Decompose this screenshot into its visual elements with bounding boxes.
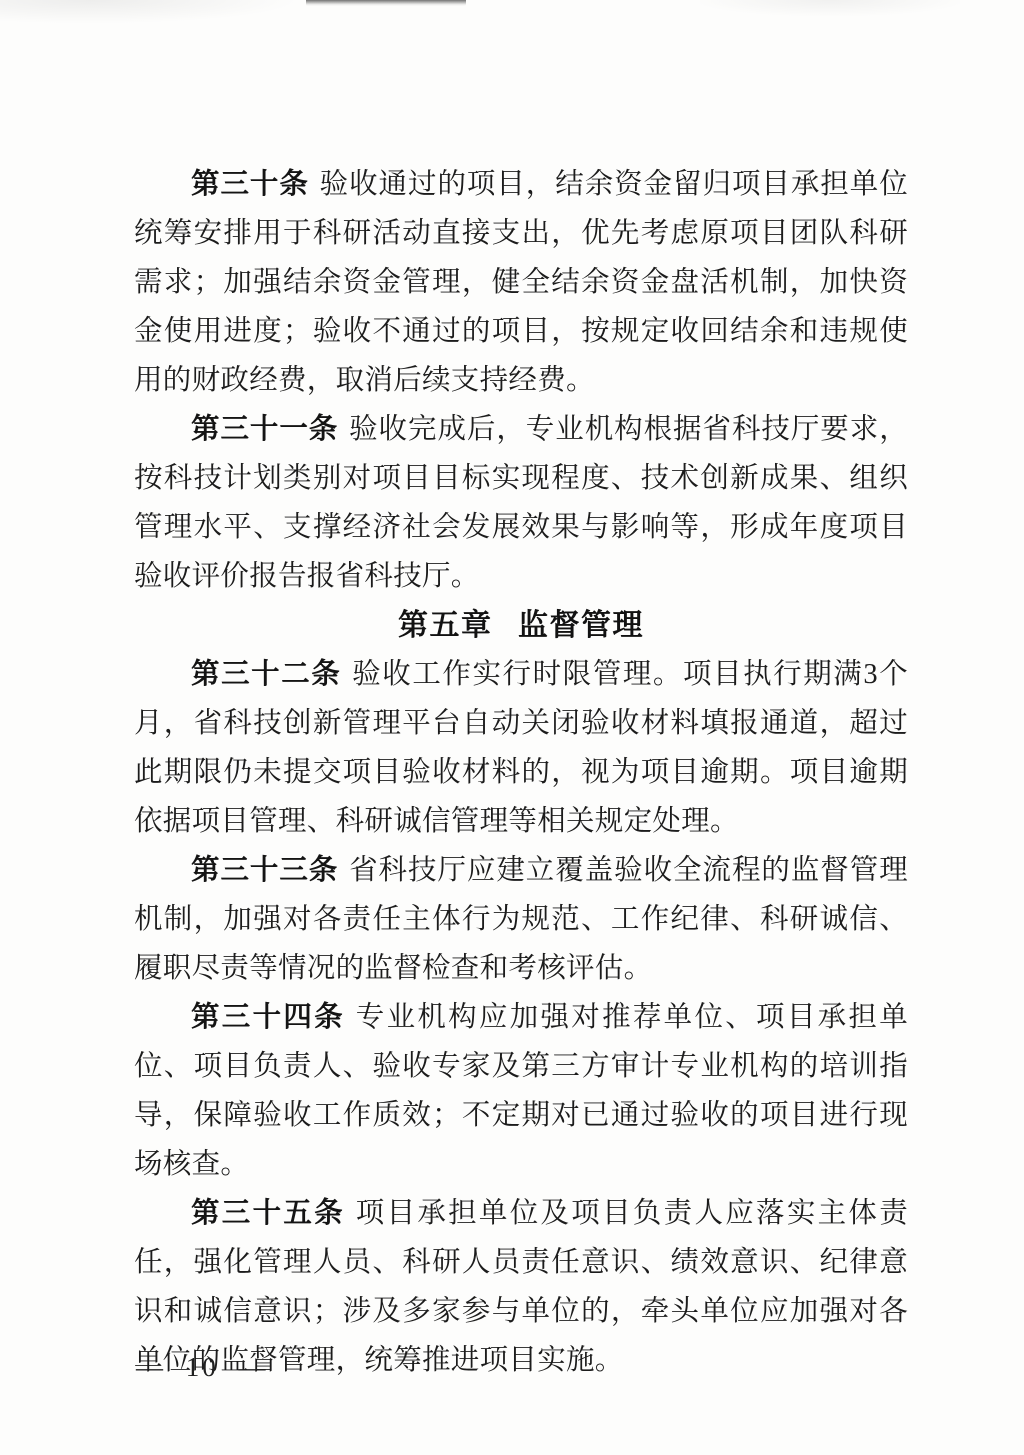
scan-artifact-bar bbox=[306, 0, 466, 6]
chapter-heading: 第五章监督管理 bbox=[134, 601, 908, 650]
article-32: 第三十二条验收工作实行时限管理。项目执行期满3个月，省科技创新管理平台自动关闭验… bbox=[134, 650, 908, 846]
article-30: 第三十条验收通过的项目，结余资金留归项目承担单位统筹安排用于科研活动直接支出，优… bbox=[134, 160, 908, 405]
article-35-term: 第三十五条 bbox=[191, 1198, 345, 1229]
chapter-number: 第五章 bbox=[398, 609, 493, 642]
page-number: — 10 — bbox=[136, 1349, 269, 1385]
article-34-term: 第三十四条 bbox=[191, 1002, 345, 1033]
scan-smudge-left bbox=[0, 0, 300, 24]
chapter-title: 监督管理 bbox=[518, 609, 644, 642]
article-34: 第三十四条专业机构应加强对推荐单位、项目承担单位、项目负责人、验收专家及第三方审… bbox=[134, 993, 908, 1189]
scan-smudge-right bbox=[700, 0, 960, 16]
article-33: 第三十三条省科技厅应建立覆盖验收全流程的监督管理机制，加强对各责任主体行为规范、… bbox=[134, 846, 908, 993]
article-30-body: 验收通过的项目，结余资金留归项目承担单位统筹安排用于科研活动直接支出，优先考虑原… bbox=[134, 169, 908, 396]
article-32-term: 第三十二条 bbox=[191, 659, 341, 690]
article-30-term: 第三十条 bbox=[191, 169, 309, 200]
document-page: 第三十条验收通过的项目，结余资金留归项目承担单位统筹安排用于科研活动直接支出，优… bbox=[0, 0, 1024, 1455]
article-31: 第三十一条验收完成后，专业机构根据省科技厅要求，按科技计划类别对项目目标实现程度… bbox=[134, 405, 908, 601]
document-body: 第三十条验收通过的项目，结余资金留归项目承担单位统筹安排用于科研活动直接支出，优… bbox=[134, 160, 908, 1385]
article-31-term: 第三十一条 bbox=[191, 414, 338, 445]
article-33-term: 第三十三条 bbox=[191, 855, 338, 886]
